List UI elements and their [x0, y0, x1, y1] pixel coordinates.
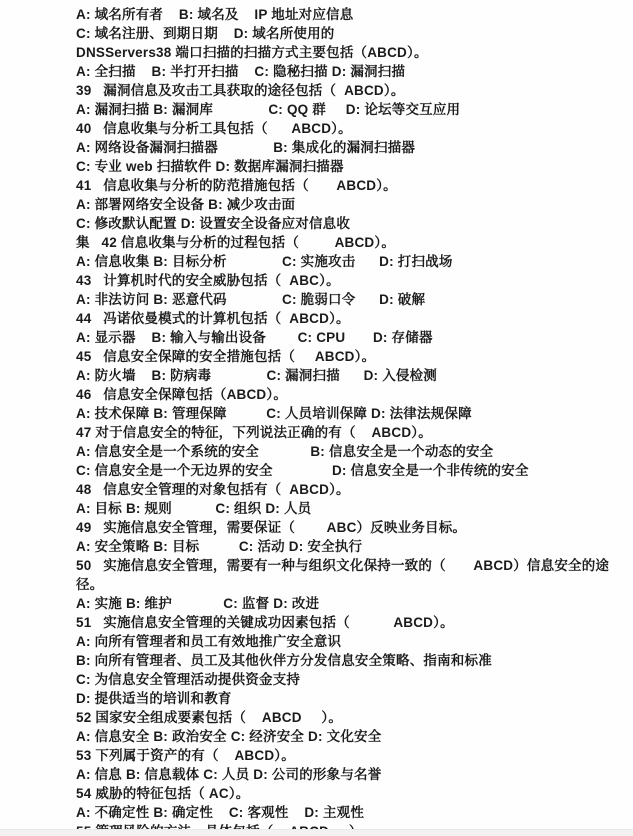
- document-line: A: 信息安全 B: 政治安全 C: 经济安全 D: 文化安全: [76, 727, 631, 746]
- document-line: A: 实施 B: 维护 C: 监督 D: 改进: [76, 594, 631, 613]
- document-line: C: 修改默认配置 D: 设置安全设备应对信息收: [76, 214, 631, 233]
- document-line: 54 威胁的特征包括（ AC）。: [76, 784, 631, 803]
- document-content: A: 域名所有者 B: 域名及 IP 地址对应信息 C: 域名注册、到期日期 D…: [76, 5, 631, 836]
- document-line: A: 技术保障 B: 管理保障 C: 人员培训保障 D: 法律法规保障: [76, 404, 631, 423]
- document-line: 51 实施信息安全管理的关键成功因素包括（ ABCD）。: [76, 613, 631, 632]
- document-line: 45 信息安全保障的安全措施包括（ ABCD）。: [76, 347, 631, 366]
- document-line: 径。: [76, 575, 631, 594]
- document-line: D: 提供适当的培训和教育: [76, 689, 631, 708]
- document-line: 47 对于信息安全的特征，下列说法正确的有（ ABCD）。: [76, 423, 631, 442]
- document-line: A: 网络设备漏洞扫描器 B: 集成化的漏洞扫描器: [76, 138, 631, 157]
- document-line: C: 为信息安全管理活动提供资金支持: [76, 670, 631, 689]
- document-line: A: 信息 B: 信息载体 C: 人员 D: 公司的形象与名誉: [76, 765, 631, 784]
- document-line: A: 部署网络安全设备 B: 减少攻击面: [76, 195, 631, 214]
- document-line: 46 信息安全保障包括（ABCD）。: [76, 385, 631, 404]
- document-line: A: 显示器 B: 输入与输出设备 C: CPU D: 存储器: [76, 328, 631, 347]
- document-line: A: 防火墙 B: 防病毒 C: 漏洞扫描 D: 入侵检测: [76, 366, 631, 385]
- document-line: 48 信息安全管理的对象包括有（ ABCD）。: [76, 480, 631, 499]
- document-line: C: 专业 web 扫描软件 D: 数据库漏洞扫描器: [76, 157, 631, 176]
- document-line: A: 目标 B: 规则 C: 组织 D: 人员: [76, 499, 631, 518]
- document-line: 44 冯诺依曼模式的计算机包括（ ABCD）。: [76, 309, 631, 328]
- document-line: 49 实施信息安全管理，需要保证（ ABC）反映业务目标。: [76, 518, 631, 537]
- document-line: A: 全扫描 B: 半打开扫描 C: 隐秘扫描 D: 漏洞扫描: [76, 62, 631, 81]
- document-line: 43 计算机时代的安全威胁包括（ ABC）。: [76, 271, 631, 290]
- document-line: 52 国家安全组成要素包括（ ABCD ）。: [76, 708, 631, 727]
- document-line: 50 实施信息安全管理，需要有一种与组织文化保持一致的（ ABCD）信息安全的途: [76, 556, 631, 575]
- document-line: DNSServers38 端口扫描的扫描方式主要包括（ABCD）。: [76, 43, 631, 62]
- document-line: C: 域名注册、到期日期 D: 域名所使用的: [76, 24, 631, 43]
- document-line: A: 安全策略 B: 目标 C: 活动 D: 安全执行: [76, 537, 631, 556]
- document-page: A: 域名所有者 B: 域名及 IP 地址对应信息 C: 域名注册、到期日期 D…: [0, 0, 633, 836]
- document-line: A: 向所有管理者和员工有效地推广安全意识: [76, 632, 631, 651]
- document-line: A: 信息安全是一个系统的安全 B: 信息安全是一个动态的安全: [76, 442, 631, 461]
- document-line: A: 不确定性 B: 确定性 C: 客观性 D: 主观性: [76, 803, 631, 822]
- document-line: 40 信息收集与分析工具包括（ ABCD）。: [76, 119, 631, 138]
- document-line: 53 下列属于资产的有（ ABCD）。: [76, 746, 631, 765]
- document-line: A: 信息收集 B: 目标分析 C: 实施攻击 D: 打扫战场: [76, 252, 631, 271]
- document-line: A: 非法访问 B: 恶意代码 C: 脆弱口令 D: 破解: [76, 290, 631, 309]
- document-line: 集 42 信息收集与分析的过程包括（ ABCD）。: [76, 233, 631, 252]
- document-line: C: 信息安全是一个无边界的安全 D: 信息安全是一个非传统的安全: [76, 461, 631, 480]
- document-line: B: 向所有管理者、员工及其他伙伴方分发信息安全策略、指南和标准: [76, 651, 631, 670]
- document-line: 39 漏洞信息及攻击工具获取的途径包括（ ABCD）。: [76, 81, 631, 100]
- page-bottom-edge: [0, 829, 633, 836]
- document-line: A: 漏洞扫描 B: 漏洞库 C: QQ 群 D: 论坛等交互应用: [76, 100, 631, 119]
- document-line: A: 域名所有者 B: 域名及 IP 地址对应信息: [76, 5, 631, 24]
- document-line: 41 信息收集与分析的防范措施包括（ ABCD）。: [76, 176, 631, 195]
